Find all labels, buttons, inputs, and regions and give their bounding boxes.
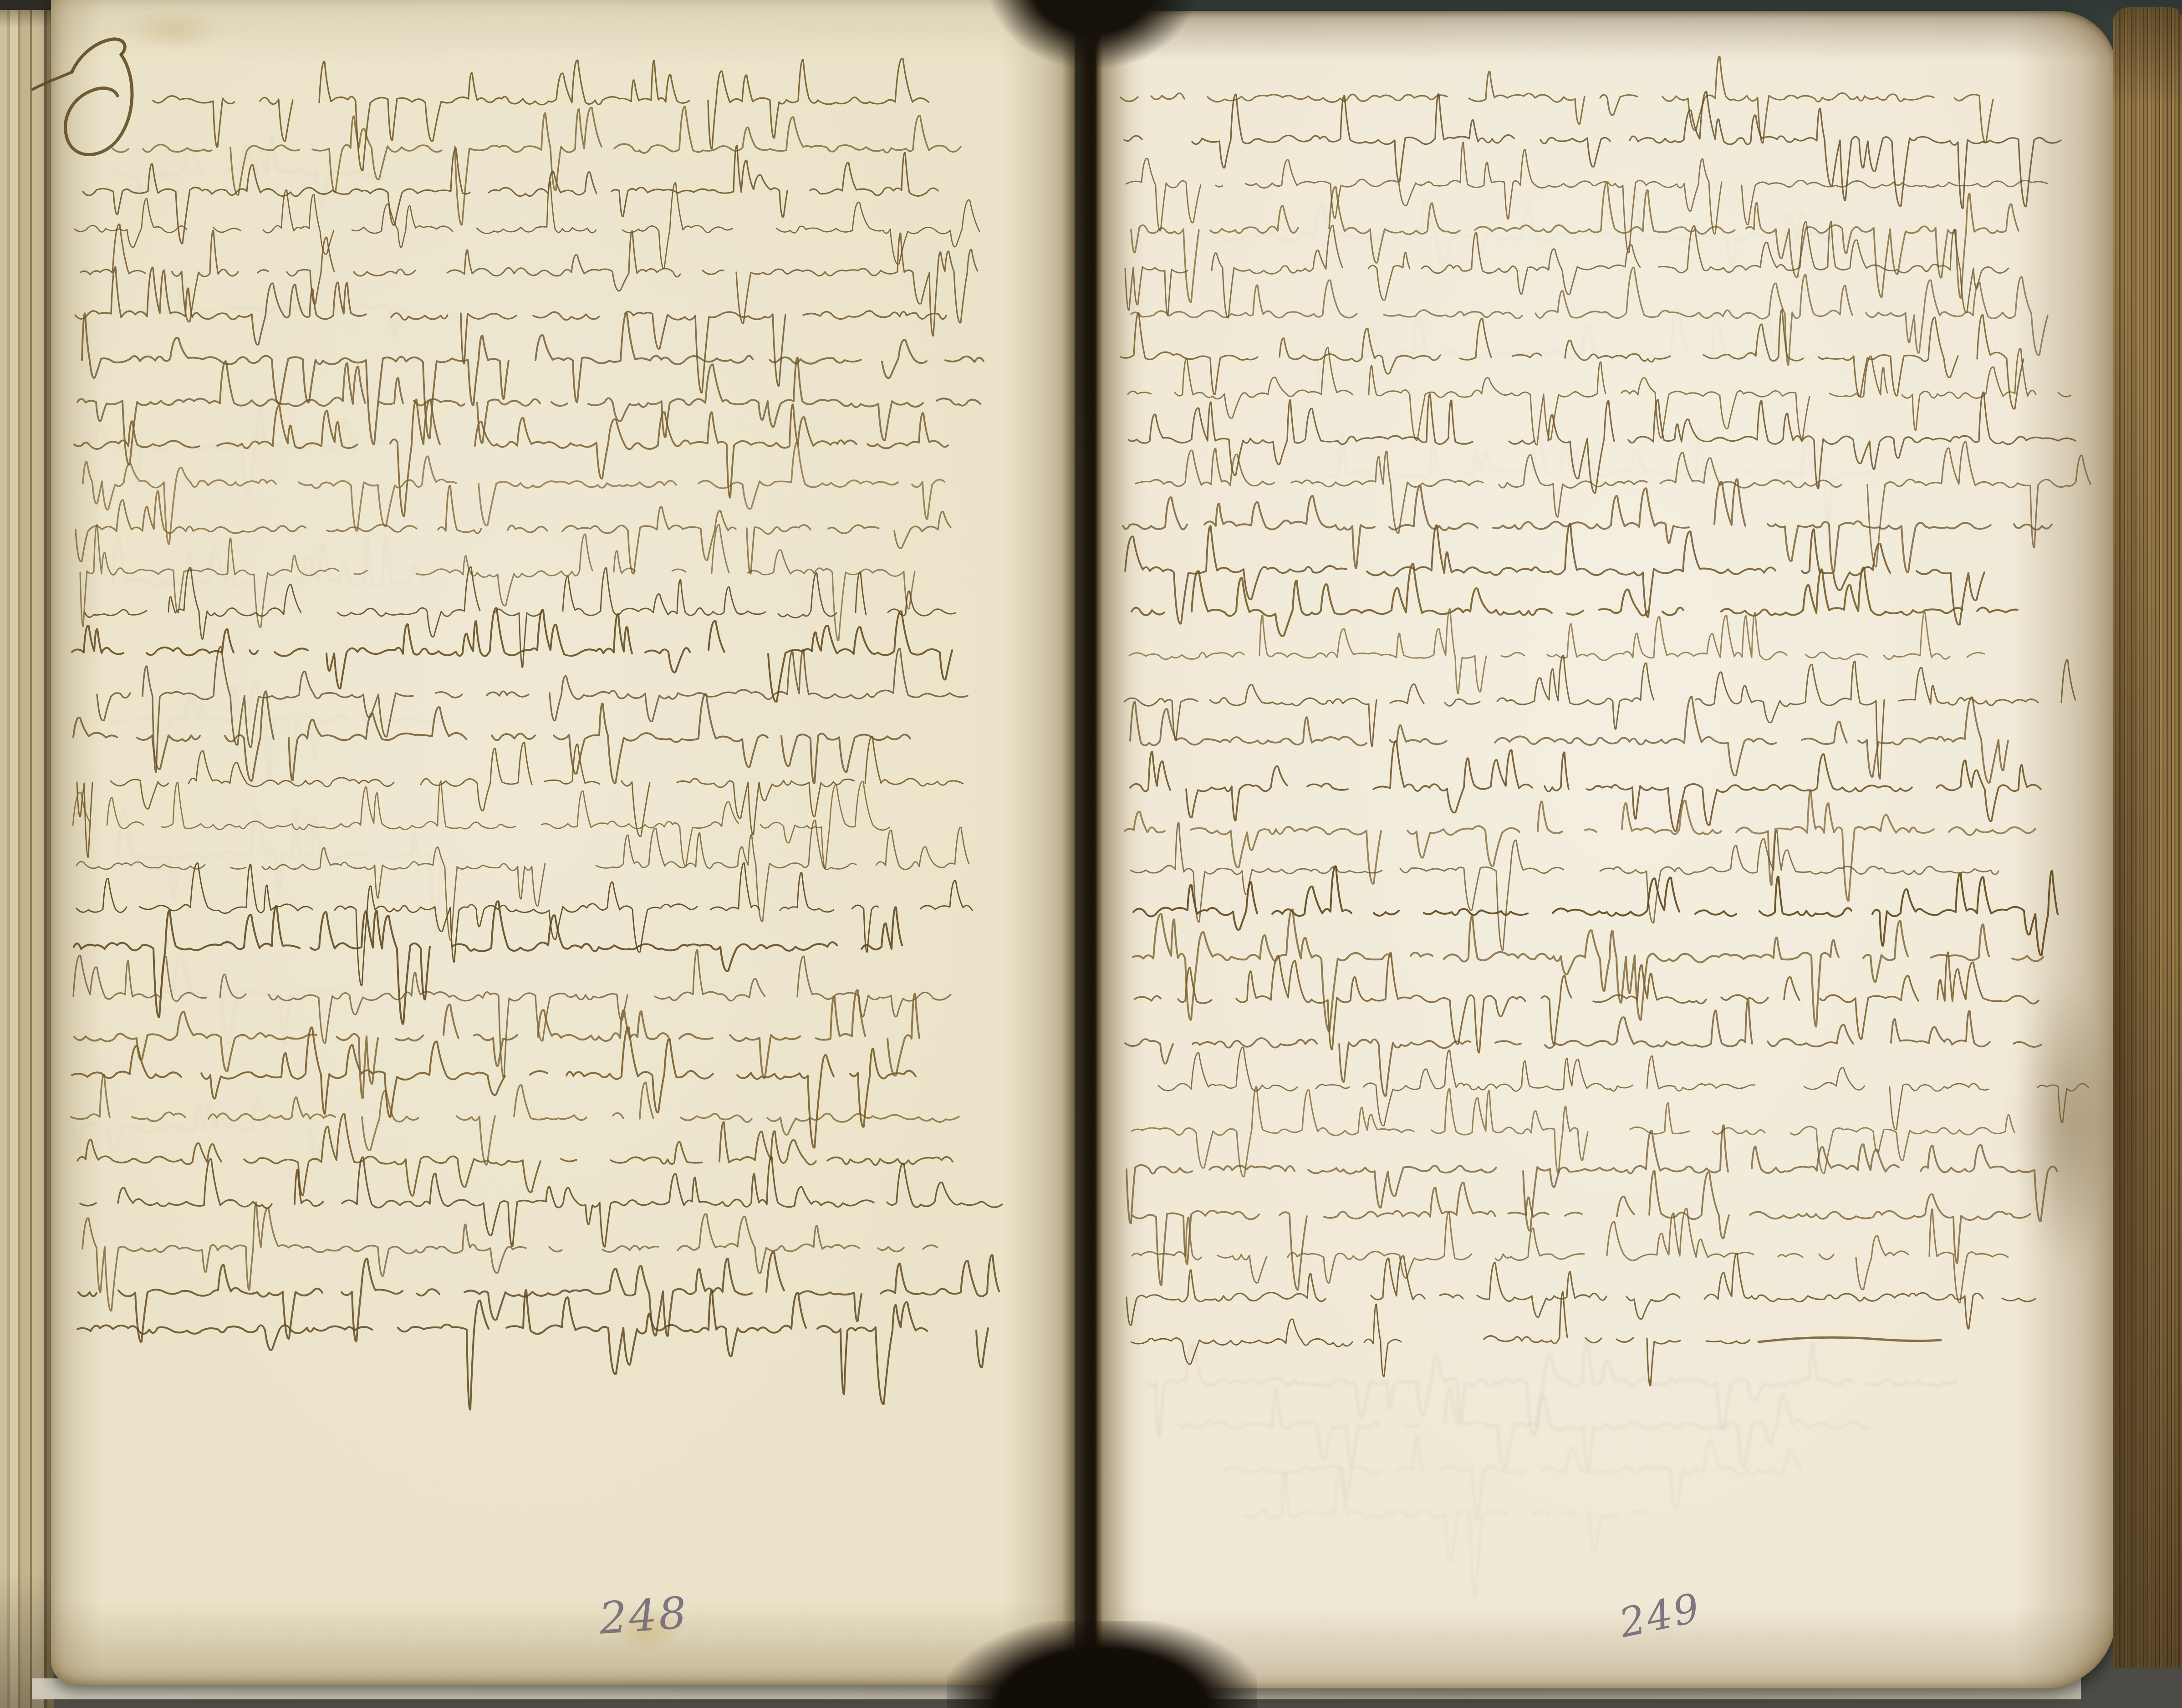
left-page xyxy=(51,0,1075,1685)
gutter-shadow-bottom xyxy=(947,1621,1257,1708)
left-page-stack-edges xyxy=(0,0,54,1708)
book-gutter-shadow xyxy=(1062,0,1130,1708)
folio-number-left: 248 xyxy=(597,1587,690,1644)
right-page xyxy=(1096,11,2116,1688)
fore-edge-page-stack xyxy=(2113,7,2182,1667)
manuscript-photo: 248 249 xyxy=(0,0,2182,1708)
gutter-shadow-top xyxy=(988,0,1198,68)
